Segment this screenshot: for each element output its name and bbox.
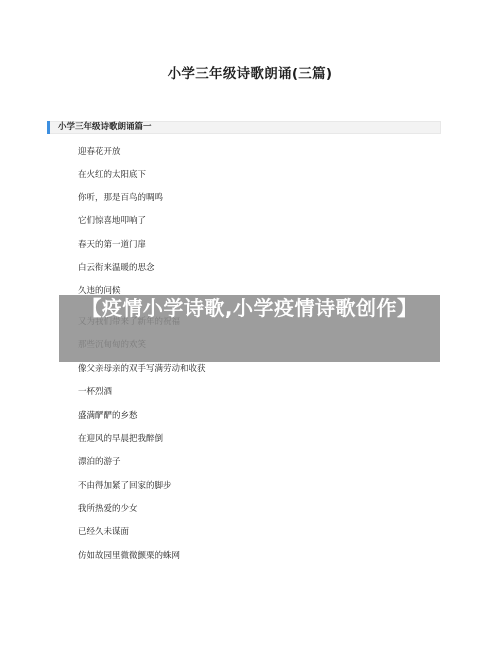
poem-line: 迎春花开放 bbox=[78, 147, 121, 158]
overlay-banner-title: 【疫情小学诗歌,小学疫情诗歌创作】 bbox=[59, 296, 440, 320]
poem-line: 已经久未谋面 bbox=[78, 527, 129, 538]
poem-line: 漂泊的游子 bbox=[78, 457, 121, 468]
section-accent-marker bbox=[47, 121, 50, 134]
poem-line: 它们惊喜地叩响了 bbox=[78, 216, 146, 227]
poem-line: 在火红的太阳底下 bbox=[78, 170, 146, 181]
poem-line: 盛满酽酽的乡愁 bbox=[78, 411, 138, 422]
poem-line: 白云衔来温暖的思念 bbox=[78, 263, 155, 274]
poem-line: 仿如故园里微微颤栗的蛛网 bbox=[78, 551, 180, 562]
poem-line: 春天的第一道门扉 bbox=[78, 240, 146, 251]
poem-line: 在迎风的早晨把我醉倒 bbox=[78, 434, 163, 445]
poem-line: 我所热爱的少女 bbox=[78, 504, 138, 515]
section-title: 小学三年级诗歌朗诵篇一 bbox=[58, 121, 152, 134]
document-title: 小学三年级诗歌朗诵(三篇) bbox=[0, 62, 500, 82]
poem-line: 像父亲母亲的双手写满劳动和收获 bbox=[78, 364, 206, 375]
poem-line: 一杯烈酒 bbox=[78, 387, 112, 398]
poem-line: 你听，那是百鸟的啁鸣 bbox=[78, 193, 163, 204]
poem-line: 不由得加紧了回家的脚步 bbox=[78, 481, 172, 492]
